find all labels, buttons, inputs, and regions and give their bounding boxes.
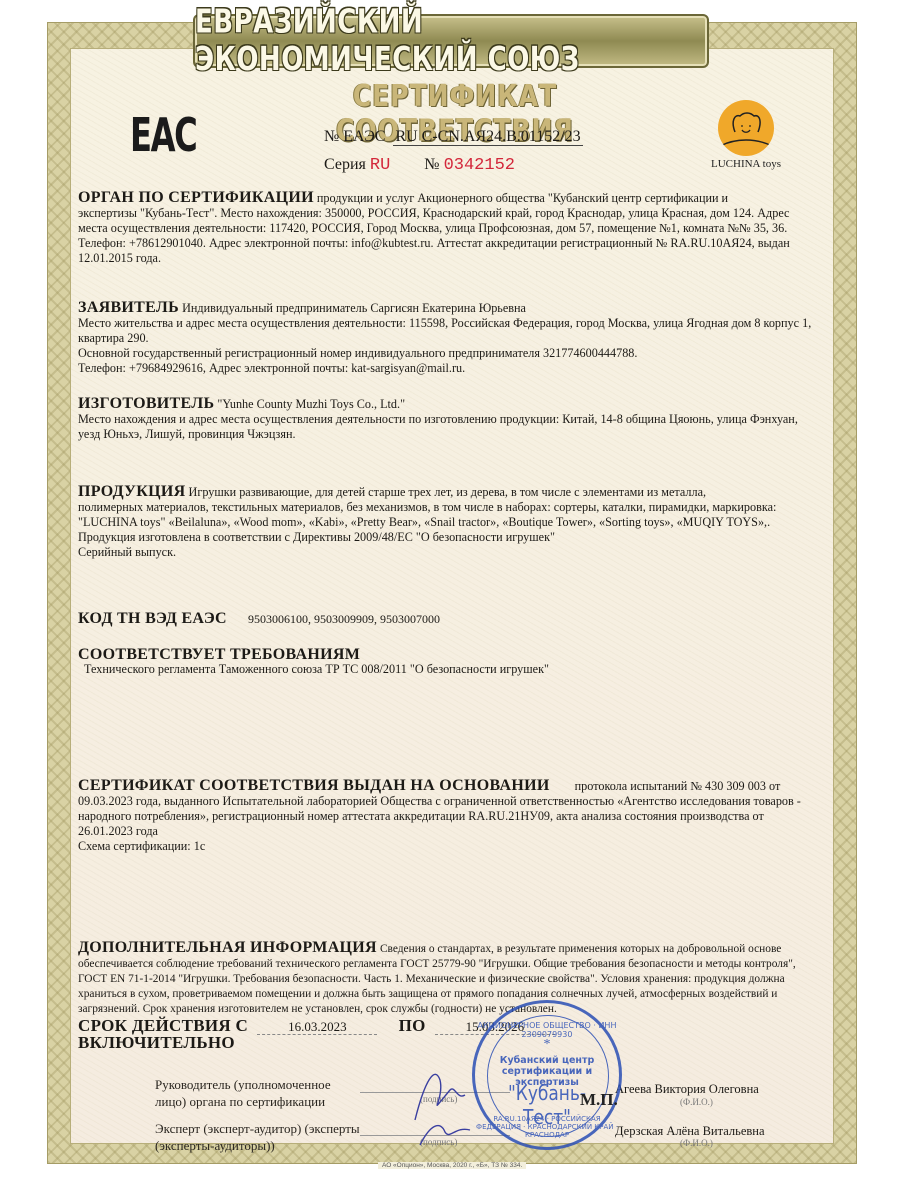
- validity-to-label: ПО: [399, 1016, 426, 1035]
- section-requirements: СООТВЕТСТВУЕТ ТРЕБОВАНИЯМ Технического р…: [78, 647, 818, 677]
- section-product: ПРОДУКЦИЯ Игрушки развивающие, для детей…: [78, 484, 818, 560]
- expert-signature-label: Эксперт (эксперт-аудитор) (эксперты (экс…: [155, 1120, 365, 1154]
- form-number-value: 0342152: [444, 156, 515, 175]
- section-additional-info: ДОПОЛНИТЕЛЬНАЯ ИНФОРМАЦИЯ Сведения о ста…: [78, 940, 818, 1017]
- head-signature-label: Руководитель (уполномоченное лицо) орган…: [155, 1076, 355, 1110]
- brand-logo-text: LUCHINA toys: [706, 158, 786, 170]
- section-lead: "Yunhe County Muzhi Toys Co., Ltd.": [217, 397, 405, 411]
- printer-imprint: АО «Опцион», Москва, 2020 г., «Б», ТЗ № …: [378, 1162, 526, 1169]
- section-lead: протокола испытаний № 430 309 003 от: [575, 779, 781, 793]
- union-banner: ЕВРАЗИЙСКИЙ ЭКОНОМИЧЕСКИЙ СОЮЗ: [193, 14, 709, 68]
- section-heading: ДОПОЛНИТЕЛЬНАЯ ИНФОРМАЦИЯ: [78, 939, 377, 956]
- section-heading: ОРГАН ПО СЕРТИФИКАЦИИ: [78, 189, 314, 206]
- hs-codes: 9503006100, 9503009909, 9503007000: [248, 612, 440, 626]
- eac-mark-icon: ЕАС: [130, 108, 196, 162]
- series-value: RU: [370, 156, 390, 175]
- section-manufacturer: ИЗГОТОВИТЕЛЬ "Yunhe County Muzhi Toys Co…: [78, 396, 818, 442]
- section-heading: СЕРТИФИКАТ СООТВЕТСТВИЯ ВЫДАН НА ОСНОВАН…: [78, 777, 550, 794]
- form-number-label: №: [424, 156, 439, 173]
- section-body: Место нахождения и адрес места осуществл…: [78, 412, 818, 442]
- section-certification-body: ОРГАН ПО СЕРТИФИКАЦИИ продукции и услуг …: [78, 190, 818, 266]
- product-production-type: Серийный выпуск.: [78, 545, 818, 560]
- applicant-contacts: Телефон: +79684929616, Адрес электронной…: [78, 361, 818, 376]
- section-lead: Индивидуальный предприниматель Саргисян …: [182, 301, 526, 315]
- seal-place-label: М.П.: [580, 1090, 618, 1110]
- validity-inclusive-label: ВКЛЮЧИТЕЛЬНО: [78, 1035, 818, 1050]
- stamp-ring-bottom: RA.RU.10АЯ24 · РОССИЙСКАЯ ФЕДЕРАЦИЯ · КР…: [475, 1115, 619, 1139]
- series-label: Серия: [324, 156, 366, 173]
- applicant-address: Место жительства и адрес места осуществл…: [78, 316, 818, 346]
- section-body: обеспечивается соблюдение требований тех…: [78, 957, 818, 1017]
- section-body: Технического регламента Таможенного союз…: [78, 662, 818, 677]
- section-body: 09.03.2023 года, выданного Испытательной…: [78, 794, 818, 839]
- head-name: Агеева Виктория Олеговна: [615, 1082, 759, 1097]
- union-banner-text: ЕВРАЗИЙСКИЙ ЭКОНОМИЧЕСКИЙ СОЮЗ: [195, 4, 707, 79]
- certificate-number-label: № ЕАЭС: [324, 128, 385, 145]
- applicant-ogrnip: Основной государственный регистрационный…: [78, 346, 818, 361]
- certificate-series: Серия RU № 0342152: [324, 156, 515, 175]
- section-validity: СРОК ДЕЙСТВИЯ С 16.03.2023 ПО 15.03.2026…: [78, 1018, 818, 1050]
- section-lead: Игрушки развивающие, для детей старше тр…: [189, 485, 707, 499]
- validity-from-date: 16.03.2023: [257, 1019, 377, 1035]
- section-lead: продукции и услуг Акционерного общества …: [317, 191, 728, 205]
- expert-name: Дерзская Алёна Витальевна: [615, 1124, 765, 1139]
- section-hs-code: КОД ТН ВЭД ЕАЭС 9503006100, 9503009909, …: [78, 611, 818, 627]
- section-heading: СООТВЕТСТВУЕТ ТРЕБОВАНИЯМ: [78, 647, 818, 662]
- official-stamp-icon: АКЦИОНЕРНОЕ ОБЩЕСТВО · ИНН 2309079930 * …: [472, 1000, 622, 1150]
- section-heading: ЗАЯВИТЕЛЬ: [78, 299, 179, 316]
- product-directive: Продукция изготовлена в соответствии с Д…: [78, 530, 818, 545]
- section-lead: Сведения о стандартах, в результате прим…: [380, 943, 781, 955]
- certification-scheme: Схема сертификации: 1с: [78, 839, 818, 854]
- section-heading: ИЗГОТОВИТЕЛЬ: [78, 395, 214, 412]
- bear-logo-icon: [718, 100, 774, 156]
- section-body: полимерных материалов, текстильных матер…: [78, 500, 818, 530]
- name-caption: (Ф.И.О.): [680, 1138, 713, 1148]
- certificate-number-value: RU C-CN.АЯ24.В.01152/23: [393, 128, 582, 146]
- brand-logo: LUCHINA toys: [706, 100, 786, 170]
- section-basis: СЕРТИФИКАТ СООТВЕТСТВИЯ ВЫДАН НА ОСНОВАН…: [78, 778, 818, 854]
- section-heading: ПРОДУКЦИЯ: [78, 483, 185, 500]
- certificate-number: № ЕАЭС RU C-CN.АЯ24.В.01152/23: [324, 128, 583, 146]
- name-caption: (Ф.И.О.): [680, 1097, 713, 1107]
- section-body: экспертизы "Кубань-Тест". Место нахожден…: [78, 206, 818, 266]
- section-heading: КОД ТН ВЭД ЕАЭС: [78, 610, 227, 627]
- section-applicant: ЗАЯВИТЕЛЬ Индивидуальный предприниматель…: [78, 300, 818, 376]
